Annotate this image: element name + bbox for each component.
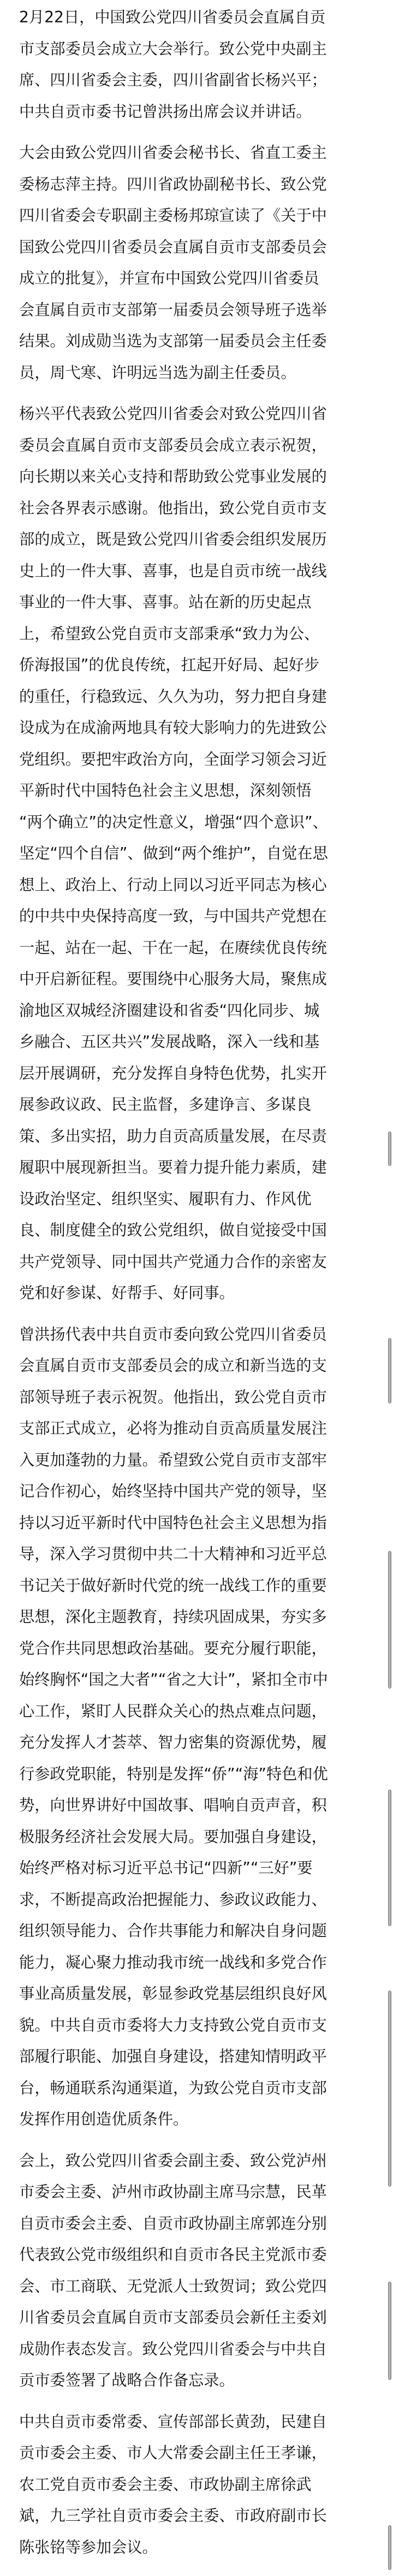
text-line: 履职中展现新担当。要着力提升能力素质，建 bbox=[19, 1152, 379, 1183]
text-line: 渝地区双城经济圈建设和省委“四化同步、城 bbox=[19, 995, 379, 1027]
text-line: 中开启新征程。要围绕中心服务大局，聚焦成 bbox=[19, 963, 379, 995]
text-line: 贡市委签署了战略合作备忘录。 bbox=[19, 2365, 379, 2396]
text-line: 中共自贡市委常委、宣传部部长黄劲，民建自 bbox=[19, 2406, 379, 2438]
paragraph-meeting-held: 2月22日，中国致公党四川省委员会直属自贡 市支部委员会成立大会举行。致公党中央… bbox=[19, 2, 379, 127]
text-line: 会直属自贡市支部第一届委员会领导班子选举 bbox=[19, 294, 379, 326]
text-line: 能力，凝心聚力推动我市统一战线和多党合作 bbox=[19, 1947, 379, 1979]
text-line: 一起、站在一起、干在一起，在赓续优良传统 bbox=[19, 932, 379, 964]
scrollbar-thumb[interactable] bbox=[388, 1991, 391, 2187]
text-line: 层开展调研，充分发挥自身特色优势，扎实开 bbox=[19, 1058, 379, 1089]
text-line: 大会由致公党四川省委会秘书长、省直工委主 bbox=[19, 137, 379, 169]
text-line: 陈张铭等参加会议。 bbox=[19, 2532, 379, 2563]
scrollbar-thumb[interactable] bbox=[388, 1132, 391, 1166]
text-line: 史上的一件大事、喜事，也是自贡市统一战线 bbox=[19, 555, 379, 587]
scrollbar-thumb[interactable] bbox=[388, 1551, 391, 1689]
text-line: 成勋作表态发言。致公党四川省委会与中共自 bbox=[19, 2334, 379, 2365]
text-line: 策、多出实招，助力自贡高质量发展，在尽责 bbox=[19, 1121, 379, 1152]
text-line: 会、市工商联、无党派人士致贺词；致公党四 bbox=[19, 2271, 379, 2302]
text-line: 坚定“四个自信”、做到“两个维护”，自觉在思 bbox=[19, 838, 379, 869]
text-line: 会上，致公党四川省委会副主委、致公党泸州 bbox=[19, 2145, 379, 2177]
text-line: 持以习近平新时代中国特色社会主义思想为指 bbox=[19, 1507, 379, 1539]
text-line: 市委会主委、泸州市政协副主席马宗慧，民革 bbox=[19, 2176, 379, 2208]
text-line: 的中共中央保持高度一致，与中国共产党想在 bbox=[19, 901, 379, 932]
scrollbar-thumb[interactable] bbox=[388, 2525, 391, 2570]
text-line: 势，向世界讲好中国故事、唱响自贡声音，积 bbox=[19, 1790, 379, 1821]
text-line: 乡融合、五区共兴”发展战略，深入一线和基 bbox=[19, 1026, 379, 1058]
text-line: 会直属自贡市支部委员会的成立和新当选的支 bbox=[19, 1350, 379, 1382]
text-line: 党组织。要把牢政治方向，全面学习领会习近 bbox=[19, 744, 379, 775]
text-line: 入更加蓬勃的力量。希望致公党自贡市支部牢 bbox=[19, 1444, 379, 1476]
text-line: 充分发挥人才荟萃、智力密集的资源优势，履 bbox=[19, 1727, 379, 1758]
text-line: 发挥作用创造优质条件。 bbox=[19, 2104, 379, 2135]
text-line: 党合作共同思想政治基础。要充分履行职能， bbox=[19, 1633, 379, 1665]
text-line: 平新时代中国特色社会主义思想，深刻领悟 bbox=[19, 775, 379, 807]
text-line: 市支部委员会成立大会举行。致公党中央副主 bbox=[19, 33, 379, 65]
text-line: 川省委员会直属自贡市支部委员会新任主委刘 bbox=[19, 2302, 379, 2334]
text-line: 展参政议政、民主监督，多建诤言、多谋良 bbox=[19, 1089, 379, 1121]
text-line: 部履行职能、加强自身建设，搭建知情明政平 bbox=[19, 2041, 379, 2072]
paragraph-election-results: 大会由致公党四川省委会秘书长、省直工委主 委杨志萍主持。四川省政协副秘书长、致公… bbox=[19, 137, 379, 388]
text-line: 支部正式成立，必将为推动自贡高质量发展注 bbox=[19, 1413, 379, 1444]
text-line: 国致公党四川省委员会直属自贡市支部委员会 bbox=[19, 232, 379, 263]
text-line: 记合作初心，始终坚持中国共产党的领导，坚 bbox=[19, 1476, 379, 1507]
text-line: 委员会直属自贡市支部委员会成立表示祝贺， bbox=[19, 430, 379, 461]
text-line: 极服务经济社会发展大局。要加强自身建设， bbox=[19, 1821, 379, 1853]
text-line: 四川省委会专职副主委杨邦琼宣读了《关于中 bbox=[19, 200, 379, 232]
text-line: 上，希望致公党自贡市支部秉承“致力为公、 bbox=[19, 618, 379, 650]
paragraph-zeng-speech: 曾洪扬代表中共自贡市委向致公党四川省委员 会直属自贡市支部委员会的成立和新当选的… bbox=[19, 1319, 379, 2135]
text-line: 共产党领导、同中国共产党通力合作的亲密友 bbox=[19, 1246, 379, 1278]
text-line: 貌。中共自贡市委将大力支持致公党自贡市支 bbox=[19, 2010, 379, 2041]
text-line: 始终胸怀“国之大者”“省之大计”，紧扣全市中 bbox=[19, 1664, 379, 1696]
scrollbar-thumb[interactable] bbox=[388, 1338, 391, 1404]
text-line: 斌，九三学社自贡市委会主委、市政府副市长 bbox=[19, 2500, 379, 2532]
paragraph-congratulations: 会上，致公党四川省委会副主委、致公党泸州 市委会主委、泸州市政协副主席马宗慧，民… bbox=[19, 2145, 379, 2396]
paragraph-attendees: 中共自贡市委常委、宣传部部长黄劲，民建自 贡市委会主委、市人大常委会副主任王孝谦… bbox=[19, 2406, 379, 2563]
text-line: 设成为在成渝两地具有较大影响力的先进致公 bbox=[19, 712, 379, 744]
text-line: 思想，深化主题教育，持续巩固成果，夯实多 bbox=[19, 1601, 379, 1633]
text-line: 侨海报国”的优良传统，扛起开好局、起好步 bbox=[19, 649, 379, 681]
scrollbar-thumb[interactable] bbox=[388, 2282, 391, 2380]
text-line: 事业的一件大事、喜事。站在新的历史起点 bbox=[19, 587, 379, 618]
text-line: 良、制度健全的致公党组织，做自觉接受中国 bbox=[19, 1215, 379, 1246]
text-line: 想上、政治上、行动上同以习近平同志为核心 bbox=[19, 869, 379, 901]
text-line: 台，畅通联系沟通渠道，为致公党自贡市支部 bbox=[19, 2072, 379, 2104]
text-line: 事业高质量发展，彰显参政党基层组织良好风 bbox=[19, 1978, 379, 2010]
text-line: 成立的批复》，并宣布中国致公党四川省委员 bbox=[19, 263, 379, 294]
text-line: 2月22日，中国致公党四川省委员会直属自贡 bbox=[19, 2, 379, 33]
text-line: 部领导班子表示祝贺。他指出，致公党自贡市 bbox=[19, 1382, 379, 1413]
text-line: 代表致公党市级组织和自贡市各民主党派市委 bbox=[19, 2239, 379, 2271]
text-line: 党和好参谋、好帮手、好同事。 bbox=[19, 1277, 379, 1309]
text-line: 的重任，行稳致远、久久为功，努力把自身建 bbox=[19, 681, 379, 713]
text-line: 部的成立，既是致公党四川省委会组织发展历 bbox=[19, 524, 379, 555]
text-line: 农工党自贡市委会主委、市政协副主席徐武 bbox=[19, 2469, 379, 2501]
text-line: 书记关于做好新时代党的统一战线工作的重要 bbox=[19, 1570, 379, 1602]
text-line: 组织领导能力、合作共事能力和解决自身问题 bbox=[19, 1915, 379, 1947]
text-line: 始终严格对标习近平总书记“四新”“三好”要 bbox=[19, 1852, 379, 1884]
paragraph-yang-speech: 杨兴平代表致公党四川省委会对致公党四川省 委员会直属自贡市支部委员会成立表示祝贺… bbox=[19, 398, 379, 1309]
text-line: 贡市委会主委、市人大常委会副主任王孝谦， bbox=[19, 2437, 379, 2469]
text-line: “两个确立”的决定性意义，增强“四个意识”、 bbox=[19, 807, 379, 838]
text-line: 杨兴平代表致公党四川省委会对致公党四川省 bbox=[19, 398, 379, 430]
text-line: 导，深入学习贯彻中共二十大精神和习近平总 bbox=[19, 1538, 379, 1570]
text-line: 中共自贡市委书记曾洪扬出席会议并讲话。 bbox=[19, 96, 379, 128]
text-line: 席、四川省委会主委，四川省副省长杨兴平； bbox=[19, 64, 379, 96]
text-line: 社会各界表示感谢。他指出，致公党自贡市支 bbox=[19, 493, 379, 524]
text-line: 向长期以来关心支持和帮助致公党事业发展的 bbox=[19, 461, 379, 493]
text-line: 自贡市委会主委、自贡市政协副主席郭连分别 bbox=[19, 2208, 379, 2240]
article-body: 2月22日，中国致公党四川省委员会直属自贡 市支部委员会成立大会举行。致公党中央… bbox=[19, 2, 379, 2573]
text-line: 设政治坚定、组织坚实、履职有力、作风优 bbox=[19, 1183, 379, 1215]
text-line: 员，周弋寒、许明远当选为副主任委员。 bbox=[19, 357, 379, 389]
text-line: 曾洪扬代表中共自贡市委向致公党四川省委员 bbox=[19, 1319, 379, 1351]
text-line: 心工作，紧盯人民群众关心的热点难点问题， bbox=[19, 1696, 379, 1727]
text-line: 委杨志萍主持。四川省政协副秘书长、致公党 bbox=[19, 169, 379, 200]
scrollbar-thumb[interactable] bbox=[388, 1790, 391, 1926]
text-line: 行参政党职能，特别是发挥“侨”“海”特色和优 bbox=[19, 1758, 379, 1790]
text-line: 求，不断提高政治把握能力、参政议政能力、 bbox=[19, 1884, 379, 1916]
text-line: 结果。刘成勋当选为支部第一届委员会主任委 bbox=[19, 325, 379, 357]
